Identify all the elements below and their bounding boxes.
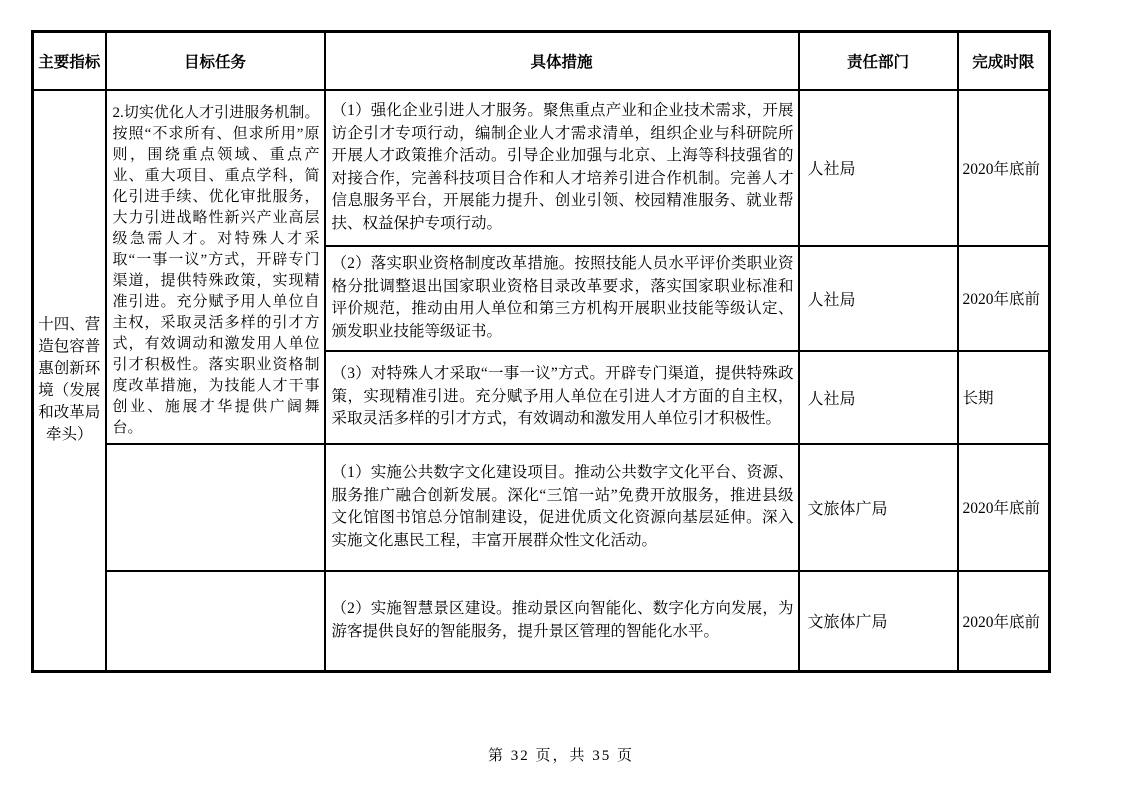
department-cell: 人社局: [799, 246, 958, 351]
department-cell: 文旅体广局: [799, 444, 958, 571]
document-page: 主要指标 目标任务 具体措施 责任部门 完成时限 十四、营造包容普惠创新环境（发…: [0, 0, 1122, 793]
header-target-task: 目标任务: [106, 32, 325, 90]
deadline-cell: 2020年底前: [958, 444, 1050, 571]
deadline-cell: 2020年底前: [958, 90, 1050, 246]
measure-cell: （2）实施智慧景区建设。推动景区向智能化、数字化方向发展，为游客提供良好的智能服…: [325, 571, 799, 672]
measure-cell: （2）落实职业资格制度改革措施。按照技能人员水平评价类职业资格分批调整退出国家职…: [325, 246, 799, 351]
header-row: 主要指标 目标任务 具体措施 责任部门 完成时限: [33, 32, 1050, 90]
measure-cell: （3）对特殊人才采取“一事一议”方式。开辟专门渠道，提供特殊政策，实现精准引进。…: [325, 351, 799, 444]
department-cell: 文旅体广局: [799, 571, 958, 672]
measure-cell: （1）实施公共数字文化建设项目。推动公共数字文化平台、资源、服务推广融合创新发展…: [325, 444, 799, 571]
table-row: 十四、营造包容普惠创新环境（发展和改革局牵头） 2.切实优化人才引进服务机制。按…: [33, 90, 1050, 246]
table-row: （1）实施公共数字文化建设项目。推动公共数字文化平台、资源、服务推广融合创新发展…: [33, 444, 1050, 571]
table-row: （2）实施智慧景区建设。推动景区向智能化、数字化方向发展，为游客提供良好的智能服…: [33, 571, 1050, 672]
task-cell-empty: [106, 444, 325, 571]
task-cell: 2.切实优化人才引进服务机制。按照“不求所有、但求所用”原则，围绕重点领域、重点…: [106, 90, 325, 444]
deadline-cell: 2020年底前: [958, 571, 1050, 672]
header-main-indicator: 主要指标: [33, 32, 106, 90]
plan-table: 主要指标 目标任务 具体措施 责任部门 完成时限 十四、营造包容普惠创新环境（发…: [31, 30, 1051, 673]
deadline-cell: 2020年底前: [958, 246, 1050, 351]
page-number-footer: 第 32 页，共 35 页: [0, 744, 1122, 765]
department-cell: 人社局: [799, 351, 958, 444]
indicator-cell: 十四、营造包容普惠创新环境（发展和改革局牵头）: [33, 90, 106, 672]
deadline-cell: 长期: [958, 351, 1050, 444]
header-completion-deadline: 完成时限: [958, 32, 1050, 90]
measure-cell: （1）强化企业引进人才服务。聚焦重点产业和企业技术需求，开展访企引才专项行动，编…: [325, 90, 799, 246]
header-specific-measures: 具体措施: [325, 32, 799, 90]
department-cell: 人社局: [799, 90, 958, 246]
task-cell-empty: [106, 571, 325, 672]
header-responsible-department: 责任部门: [799, 32, 958, 90]
